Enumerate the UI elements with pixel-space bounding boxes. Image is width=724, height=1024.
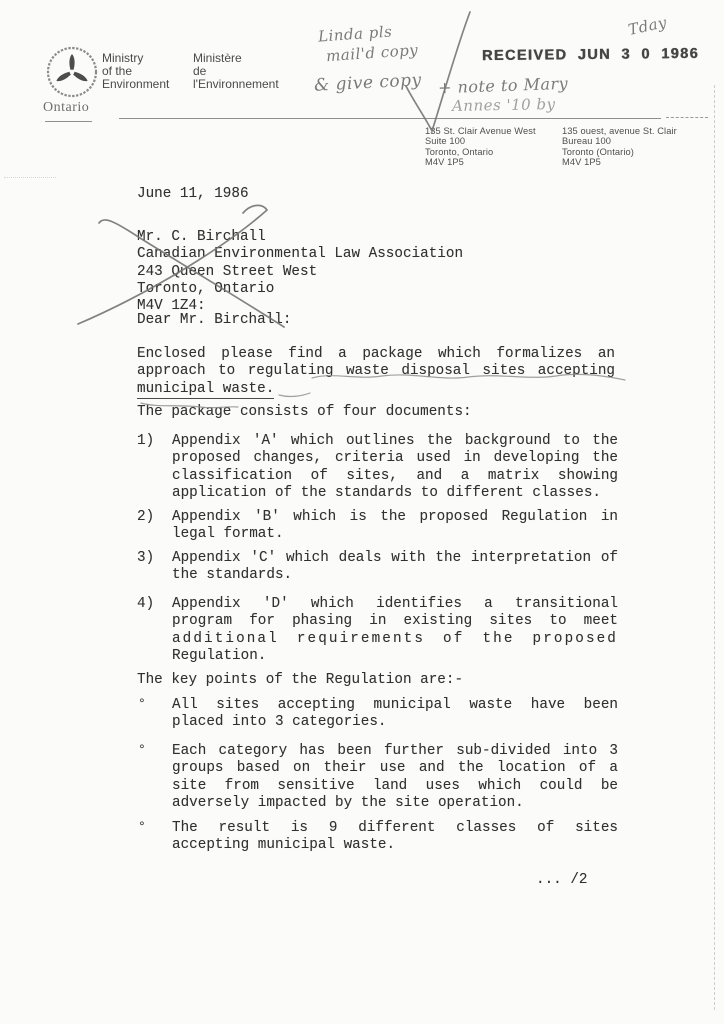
list-item-number: 3) <box>137 550 154 567</box>
list-item-number: 4) <box>137 596 154 613</box>
logo-divider-rule <box>45 121 92 122</box>
address-line: Toronto, Ontario <box>425 147 536 157</box>
body-paragraph-1: Enclosed please find a package which for… <box>137 346 615 398</box>
handwritten-note-line2: mail'd copy <box>325 41 418 65</box>
bullet-line: Each category has been further sub-divid… <box>172 743 618 760</box>
recipient-line: Canadian Environmental Law Association <box>137 246 463 263</box>
paragraph-line: municipal waste. <box>137 381 615 398</box>
list-item-4: 4) Appendix 'D' which identifies a trans… <box>137 596 616 665</box>
handwritten-note-line5: Annes '10 by <box>452 95 556 115</box>
bullet-marker: ° <box>138 741 146 758</box>
list-item-line: Appendix 'D' which identifies a transiti… <box>172 596 618 613</box>
list-item-number: 1) <box>137 433 154 450</box>
received-stamp: RECEIVED JUN 3 0 1986 <box>482 46 699 64</box>
recipient-line: Toronto, Ontario <box>137 281 463 298</box>
address-line: 135 ouest, avenue St. Clair <box>562 126 677 136</box>
paragraph-line: Enclosed please find a package which for… <box>137 346 615 363</box>
address-line: M4V 1P5 <box>562 157 677 167</box>
header-divider-rule-dashes <box>666 117 708 118</box>
ministry-name-en: Ministry of the Environment <box>102 52 169 92</box>
office-address-en: 135 St. Clair Avenue West Suite 100 Toro… <box>425 126 536 168</box>
office-address-fr: 135 ouest, avenue St. Clair Bureau 100 T… <box>562 126 677 168</box>
underlined-phrase: municipal waste. <box>137 381 274 399</box>
handwritten-initials: Tday <box>627 13 669 39</box>
bullet-line: The result is 9 different classes of sit… <box>172 820 618 837</box>
ministry-fr-line: l'Environnement <box>193 78 279 91</box>
recipient-address-block: Mr. C. Birchall Canadian Environmental L… <box>137 229 463 315</box>
bullet-marker: ° <box>138 695 146 712</box>
page-continuation-mark: ... /2 <box>536 872 587 889</box>
keypoints-intro: The key points of the Regulation are:- <box>137 672 463 689</box>
address-line: 135 St. Clair Avenue West <box>425 126 536 136</box>
list-item-line: program for phasing in existing sites to… <box>172 613 618 630</box>
trillium-icon <box>44 45 100 101</box>
list-item-3: 3) Appendix 'C' which deals with the int… <box>137 550 616 585</box>
bullet-item-2: ° Each category has been further sub-div… <box>137 743 616 812</box>
ministry-en-line: Environment <box>102 78 169 91</box>
bullet-line: site from sensitive land uses which coul… <box>172 778 618 795</box>
bullet-item-3: ° The result is 9 different classes of s… <box>137 820 616 855</box>
handwritten-note-line3: & give copy <box>314 70 423 96</box>
bullet-line: All sites accepting municipal waste have… <box>172 697 618 714</box>
address-line: M4V 1P5 <box>425 157 536 167</box>
list-item-line: application of the standards to differen… <box>172 485 618 502</box>
list-item-line: additional requirements of the proposed <box>172 631 618 648</box>
letter-date: June 11, 1986 <box>137 186 249 203</box>
address-line: Suite 100 <box>425 136 536 146</box>
handwritten-note-line4: + note to Mary <box>438 74 569 98</box>
list-item-number: 2) <box>137 509 154 526</box>
list-item-line: classification of sites, and a matrix sh… <box>172 468 618 485</box>
recipient-line: Mr. C. Birchall <box>137 229 463 246</box>
recipient-line: 243 Queen Street West <box>137 264 463 281</box>
ontario-logo <box>44 45 100 106</box>
bullet-marker: ° <box>138 818 146 835</box>
list-item-line: Appendix 'B' which is the proposed Regul… <box>172 509 618 526</box>
list-item-line: Appendix 'C' which deals with the interp… <box>172 550 618 567</box>
list-item-line: legal format. <box>172 526 618 543</box>
scanned-letter-page: Ontario Ministry of the Environment Mini… <box>0 0 724 1024</box>
list-item-line: Regulation. <box>172 648 618 665</box>
bullet-item-1: ° All sites accepting municipal waste ha… <box>137 697 616 732</box>
body-paragraph-2: The package consists of four documents: <box>137 404 472 421</box>
bullet-line: adversely impacted by the site operation… <box>172 795 618 812</box>
ontario-wordmark: Ontario <box>43 100 89 116</box>
address-line: Toronto (Ontario) <box>562 147 677 157</box>
paragraph-line: approach to regulating waste disposal si… <box>137 363 615 380</box>
scan-speck-artifact <box>4 177 56 178</box>
ministry-name-fr: Ministère de l'Environnement <box>193 52 279 92</box>
list-item-line: Appendix 'A' which outlines the backgrou… <box>172 433 618 450</box>
handwritten-note-line1: Linda pls <box>317 22 392 45</box>
list-item-1: 1) Appendix 'A' which outlines the backg… <box>137 433 616 502</box>
list-item-line: the standards. <box>172 567 618 584</box>
bullet-line: placed into 3 categories. <box>172 714 618 731</box>
bullet-line: groups based on their use and the locati… <box>172 760 618 777</box>
list-item-2: 2) Appendix 'B' which is the proposed Re… <box>137 509 616 544</box>
scan-edge-artifact <box>714 85 715 1010</box>
bullet-line: accepting municipal waste. <box>172 837 618 854</box>
salutation: Dear Mr. Birchall: <box>137 312 291 329</box>
list-item-line: proposed changes, criteria used in devel… <box>172 450 618 467</box>
header-divider-rule <box>119 118 661 119</box>
address-line: Bureau 100 <box>562 136 677 146</box>
